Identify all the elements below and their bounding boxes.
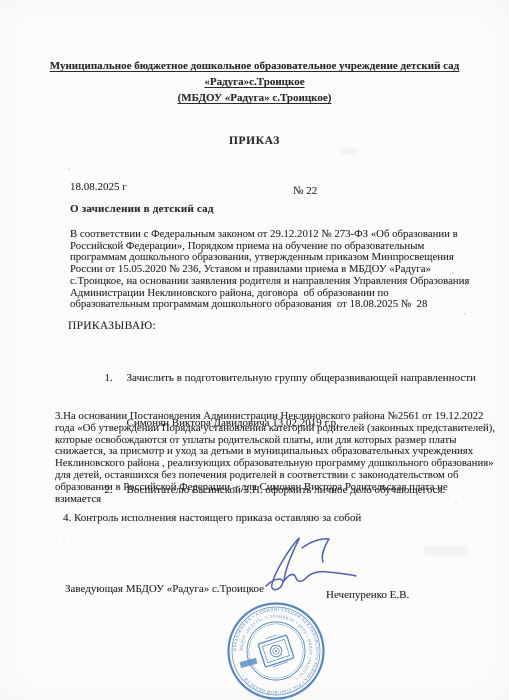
header-line-2: «Радуга»с.Троицкое [30,74,479,90]
item-1-number: 1. [105,367,127,390]
scan-speck [464,313,466,315]
document-header: Муниципальное бюджетное дошкольное образ… [30,58,479,106]
order-word: ПРИКАЗЫВАЮ: [68,320,156,332]
scan-speck [470,428,472,430]
preamble-paragraph: В соответствии с Федеральным законом от … [70,229,469,311]
scan-speck [455,502,457,504]
scan-smudge [340,148,358,155]
scanned-order-document: Муниципальное бюджетное дошкольное образ… [0,0,509,700]
document-number: № 22 [293,185,317,197]
org-name-line3: (МБДОУ «Радуга» с.Троицкое) [178,92,332,104]
scan-speck [63,541,65,543]
document-title: ПРИКАЗ [0,135,509,147]
org-name-line2: «Радуга»с.Троицкое [204,76,304,88]
scan-smudge [424,545,468,556]
org-name-line1: Муниципальное бюджетное дошкольное образ… [50,60,460,72]
scan-speck [68,168,70,170]
header-line-1: Муниципальное бюджетное дошкольное образ… [30,58,479,74]
header-line-3: (МБДОУ «Радуга» с.Троицкое) [30,90,479,106]
document-date: 18.08.2025 г [70,181,127,193]
clause-4-paragraph: 4. Контроль исполнения настоящего приказ… [63,512,361,524]
signatory-position: Заведующая МБДОУ «Радуга» с.Троицкое [65,583,264,595]
document-subject: О зачислении в детский сад [70,203,214,215]
date-number-row: 18.08.2025 г № 22 [70,181,455,193]
clause-3-paragraph: 3.На основании Постановления Администрац… [55,411,495,505]
official-seal-stamp: ОБРАЗОВАНИЯ • АДМИНИСТРАЦИИ НЕКЛИНОВСКОГ… [226,601,326,700]
scan-speck [452,272,454,274]
handwritten-signature [252,534,367,606]
